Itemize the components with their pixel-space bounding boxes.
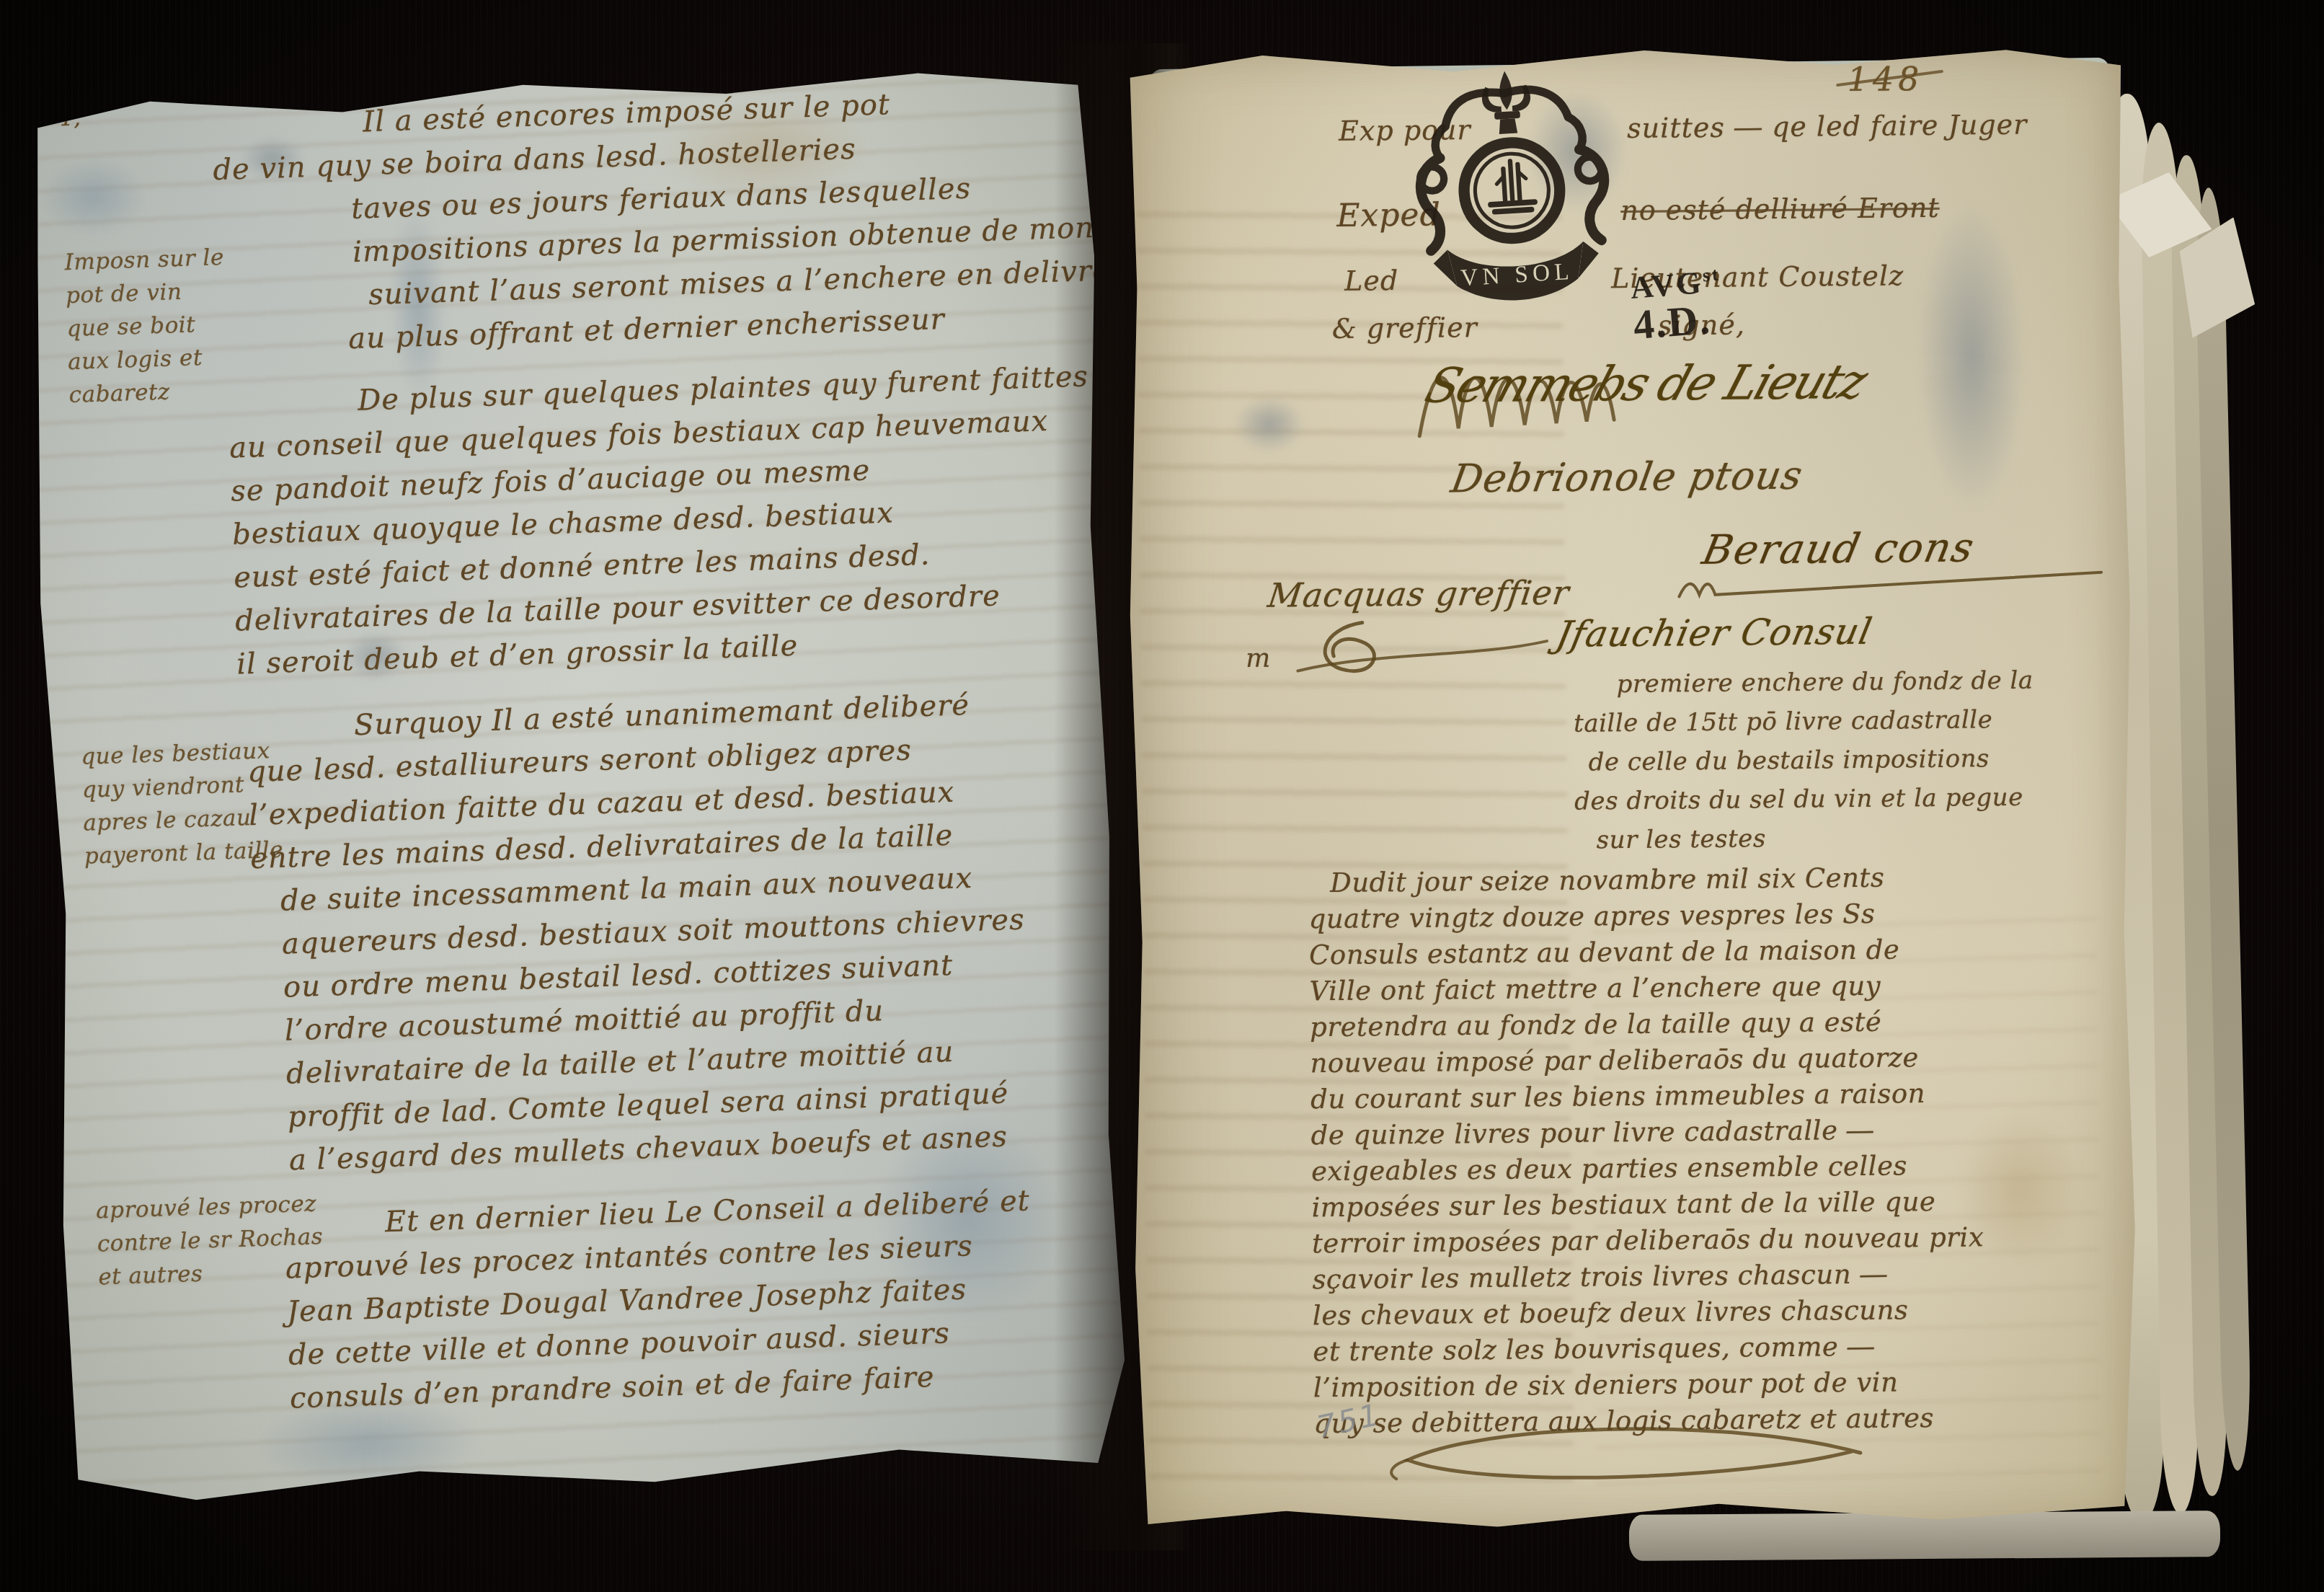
fiscal-stamp: VN SOL [1394, 53, 1630, 316]
manuscript-line: sur les testes [1596, 817, 2035, 860]
ink-stain [1233, 395, 1306, 454]
manuscript-line: terroir imposées par deliberaōs du nouve… [1312, 1219, 1984, 1262]
signature-lieutenant: Semmebs de Lieutz [1419, 354, 1872, 414]
stamp-ribbon: VN SOL [1433, 240, 1602, 305]
header-text: no esté delliuré Eront [1620, 192, 1940, 226]
manuscript-line: et trente solz les bouvrisques, comme ― [1313, 1327, 1985, 1370]
manuscript-photograph: 1, Imposn sur lepot de vinque se boitaux… [0, 0, 2324, 1592]
manuscript-line: Ville ont faict mettre a l’enchere que q… [1309, 967, 1982, 1009]
header-text: suittes ― qe led faire Juger [1627, 109, 2027, 144]
manuscript-line: pretendra au fondz de la taille quy a es… [1310, 1003, 1982, 1045]
manuscript-line: Consuls estantz au devant de la maison d… [1309, 931, 1982, 973]
manuscript-line: premiere enchere du fondz de la [1616, 661, 2033, 704]
manuscript-line: sçavoir les mulletz trois livres chascun… [1312, 1255, 1984, 1298]
corner-mark: 1, [59, 105, 81, 131]
auction-summary-text: premiere enchere du fondz de lataille de… [1573, 661, 2035, 860]
manuscript-line: imposées sur les bestiaux tant de la vil… [1311, 1183, 1984, 1226]
signature-macquas-greffier: Macquas greffier [1266, 573, 1572, 615]
manuscript-line: Dudit jour seize novambre mil six Cents [1330, 859, 1981, 901]
manuscript-line: de quinze livres pour livre cadastralle … [1310, 1111, 1983, 1154]
water-stain [1916, 201, 2027, 512]
right-page: 148 Exp pour suittes ― qe led faire Juge… [1122, 41, 2141, 1536]
manuscript-line: l’imposition de six deniers pour pot de … [1313, 1363, 1986, 1406]
manuscript-line: quy se debittera aux logis cabaretz et a… [1313, 1399, 1986, 1442]
manuscript-line: les chevaux et boeufz deux livres chascu… [1313, 1291, 1985, 1334]
left-page: 1, Imposn sur lepot de vinque se boitaux… [22, 59, 1135, 1508]
manuscript-line: quatre vingtz douze apres vespres les Ss [1308, 895, 1981, 937]
manuscript-line: de celle du bestails impositions [1588, 739, 2034, 782]
manuscript-line: taille de 15tt pō livre cadastralle [1574, 700, 2034, 743]
right-page-body-text: Dudit jour seize novambre mil six Centsq… [1308, 859, 1986, 1442]
water-stain [38, 155, 149, 238]
header-text: Led [1344, 265, 1398, 297]
folio-number: 148 [1847, 59, 1923, 99]
fleur-de-lis-icon [1481, 70, 1533, 136]
manuscript-line: du courant sur les biens immeubles a rai… [1310, 1075, 1983, 1118]
aug-stamp-superscript: st [1702, 264, 1721, 286]
aug-date-stamp: AVGst 4.D. [1628, 259, 1725, 346]
signature-debrionole: Debrionole ptous [1448, 453, 1806, 502]
signature-fauchier-consul: Jfauchier Consul [1553, 611, 1876, 655]
left-page-body-text: Il a esté encores imposé sur le potde vi… [182, 75, 1180, 1423]
signature-beraud: Beraud cons [1698, 524, 1979, 574]
manuscript-line: exigeables es deux parties ensemble cell… [1311, 1147, 1984, 1190]
signature-paraph [1293, 611, 1553, 685]
header-text: & greffier [1332, 311, 1478, 345]
denier-stamp-text: 4.D. [1632, 297, 1726, 346]
manuscript-line: des droits du sel du vin et la pegue [1574, 778, 2035, 821]
manuscript-line: nouveau imposé par deliberaōs du quatorz… [1310, 1039, 1982, 1082]
stray-ink-mark: m [1246, 644, 1271, 673]
